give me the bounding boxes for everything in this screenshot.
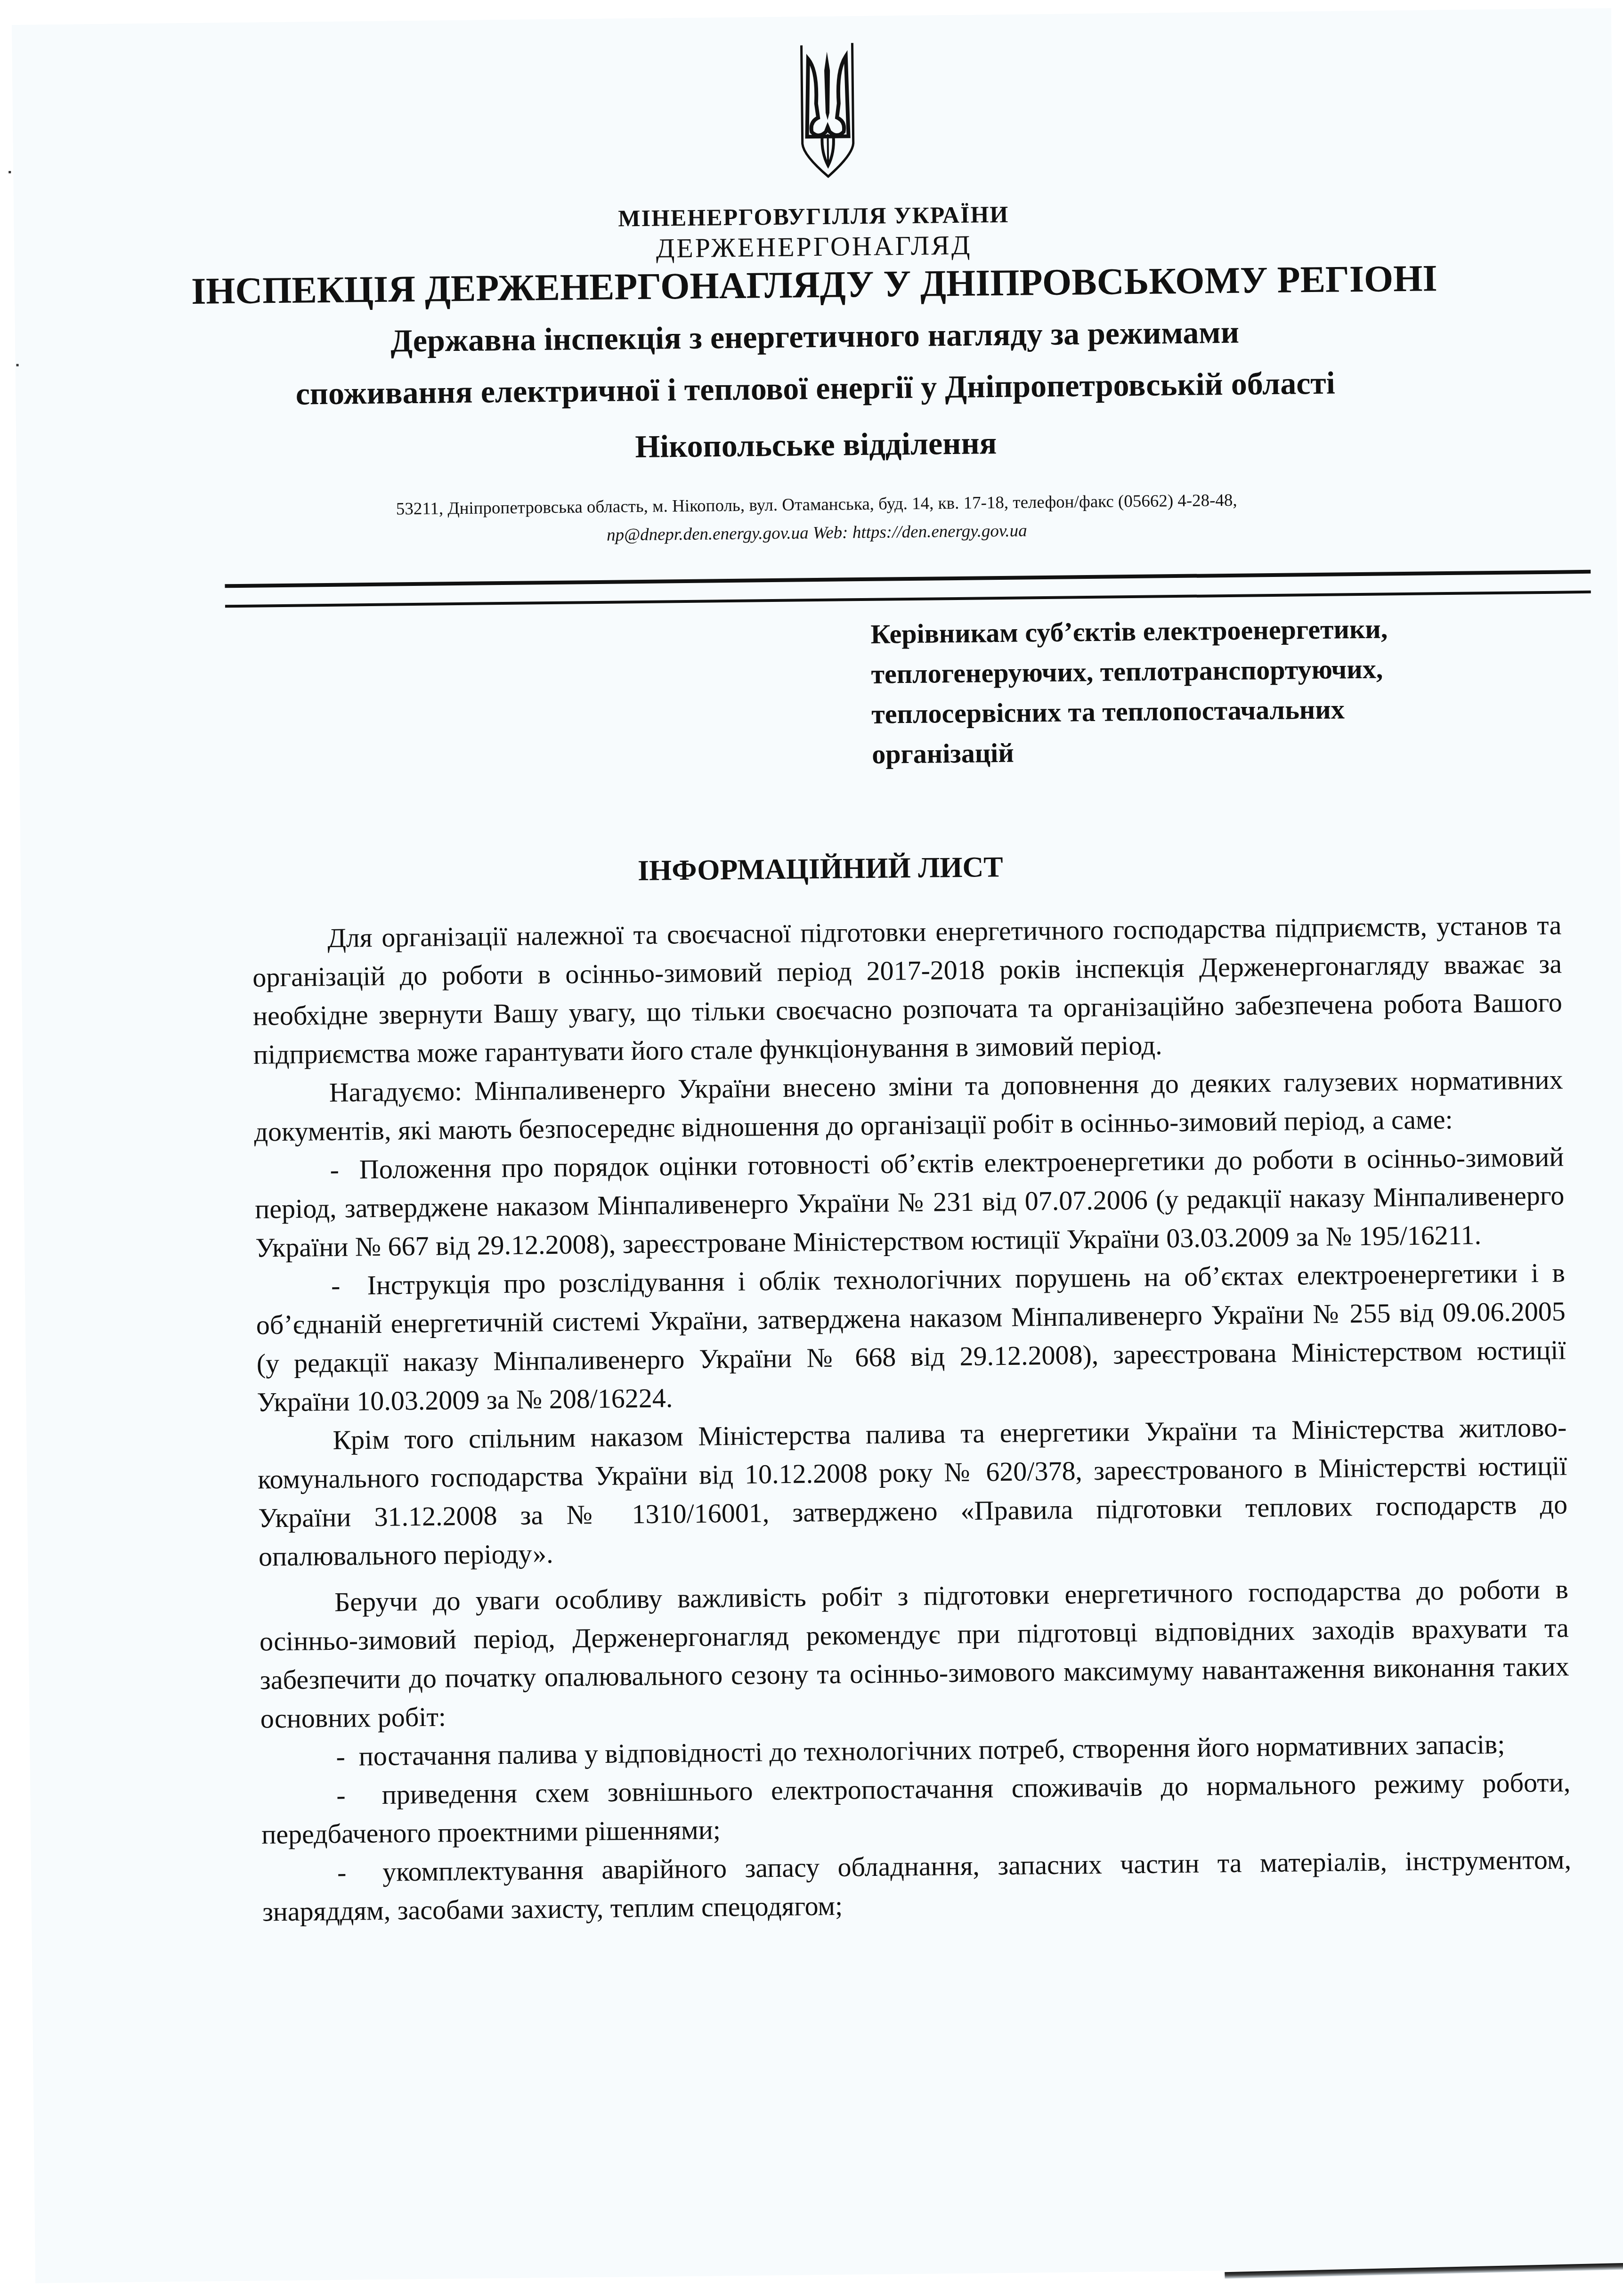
header-divider-thick [225, 570, 1591, 588]
recipient-line: теплогенеруючих, теплотранспортуючих, [871, 647, 1578, 694]
list-item-instruction: Інструкція про розслідування і облік тех… [256, 1254, 1566, 1422]
margin-mark [16, 364, 19, 366]
recipient-line: теплосервісних та теплопостачальних [871, 687, 1578, 734]
list-item-regulation: Положення про порядок оцінки готовності … [254, 1138, 1565, 1267]
inspection-subtitle-line1: Державна інспекція з енергетичного нагля… [15, 309, 1615, 364]
letter-body: Для організації належної та своєчасної п… [252, 906, 1572, 1931]
list-item-power-schemes: приведення схем зовнішнього електропоста… [261, 1763, 1571, 1854]
recipient-line: Керівникам суб’єктів електроенергетики, [870, 607, 1577, 654]
recipient-block: Керівникам суб’єктів електроенергетики, … [870, 607, 1578, 774]
header-divider-thin [225, 591, 1591, 608]
document-title: ІНФОРМАЦІЙНИЙ ЛИСТ [21, 844, 1621, 894]
inspection-subtitle-line2: споживання електричної і теплової енергі… [16, 361, 1615, 415]
paragraph-reminder: Нагадуємо: Мінпаливенерго України внесен… [253, 1061, 1564, 1152]
scanned-letter-page: МІНЕНЕРГОВУГІЛЛЯ УКРАЇНИ ДЕРЖЕНЕРГОНАГЛЯ… [12, 8, 1623, 2283]
list-item-emergency-stock: укомплектування аварійного запасу обладн… [262, 1840, 1572, 1931]
margin-mark [8, 171, 11, 173]
paragraph-recommendation: Беручи до уваги особливу важливість робі… [259, 1570, 1570, 1738]
paragraph-intro: Для організації належної та своєчасної п… [252, 906, 1563, 1074]
paragraph-joint-order: Крім того спільним наказом Міністерства … [257, 1408, 1568, 1576]
coat-of-arms-icon [798, 42, 856, 179]
branch-name: Нікопольське відділення [16, 418, 1616, 472]
recipient-line: організацій [872, 727, 1579, 774]
